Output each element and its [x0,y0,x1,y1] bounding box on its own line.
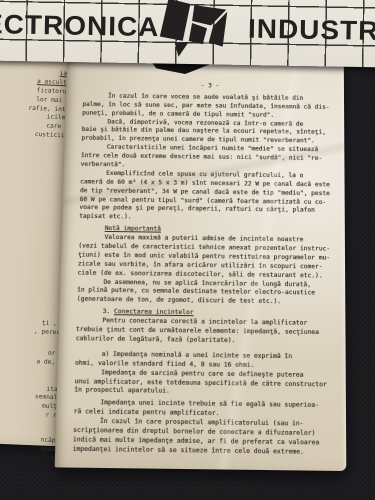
photo-scene: ECTRONICA INDUSTRI ia dea ascultareficat… [0,0,375,500]
page-text: - 3 -În cazul în care vocea se aude voal… [72,81,339,467]
masthead-grid-paper: ECTRONICA INDUSTRI [0,0,375,67]
document-page: - 3 -În cazul în care vocea se aude voal… [55,60,347,471]
brand-text-right: INDUSTRI [248,14,375,47]
text-line: - 3 - [83,81,337,93]
masthead-banner: ECTRONICA INDUSTRI [0,0,375,67]
electronica-cube-logo-icon [147,0,240,59]
brand-text-left: ECTRONICA [0,9,160,43]
